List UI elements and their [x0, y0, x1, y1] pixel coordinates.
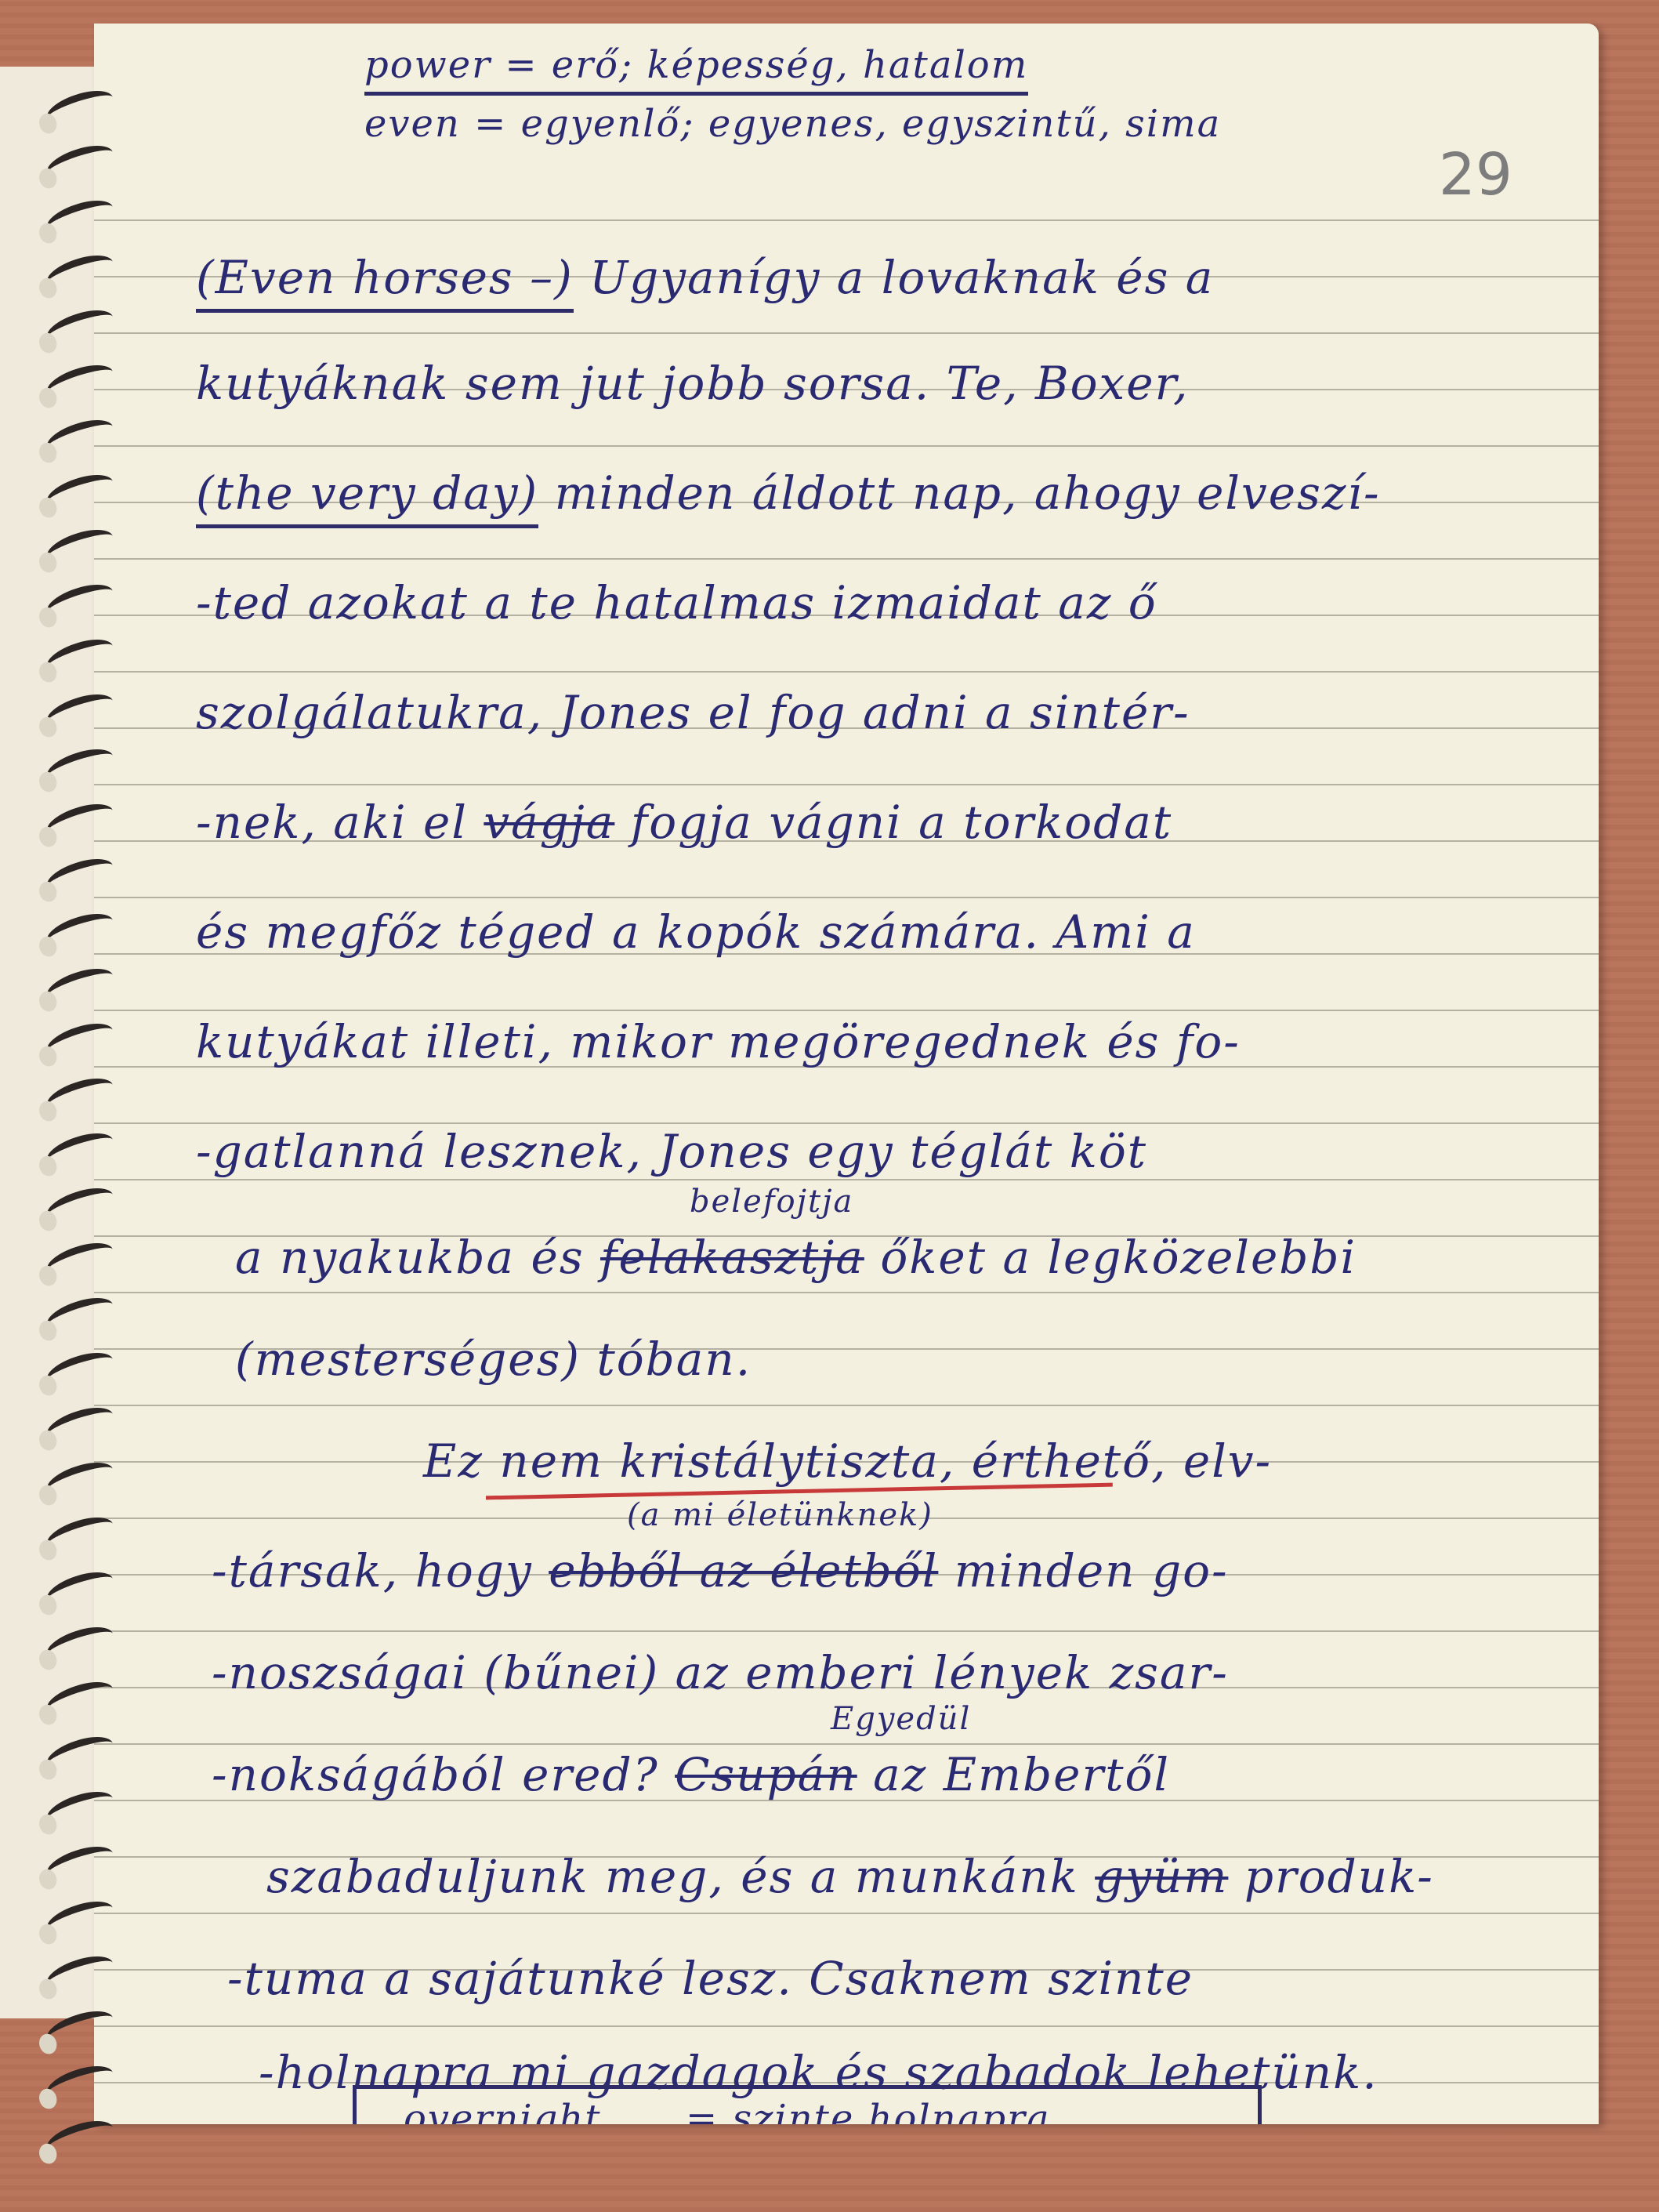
struck-word: ebből az életből	[549, 1544, 938, 1597]
insertion: Egyedül	[831, 1701, 971, 1737]
spiral-coil	[43, 1565, 118, 1612]
line-text: minden go-	[954, 1544, 1229, 1597]
spiral-coil	[43, 687, 118, 734]
line-text: Ugyanígy a lovaknak és a	[589, 251, 1214, 304]
spiral-coil	[43, 1346, 118, 1393]
line-text: szabaduljunk meg, és a munkánk	[266, 1850, 1079, 1903]
line-text: -nek, aki el	[196, 796, 468, 849]
spiral-coil	[43, 139, 118, 186]
line: -nek, aki el vágja fogja vágni a torkoda…	[196, 796, 1172, 849]
spiral-coil	[43, 578, 118, 625]
line-text: őket a legközelebbi	[880, 1231, 1357, 1284]
struck-word: gyüm	[1095, 1850, 1228, 1903]
spiral-coil	[43, 907, 118, 954]
insertion: belefojtja	[690, 1184, 853, 1220]
spiral-coil	[43, 1510, 118, 1557]
line: (mesterséges) tóban.	[235, 1333, 752, 1386]
line: és megfőz téged a kopók számára. Ami a	[196, 905, 1196, 959]
english-note: (the very day)	[196, 466, 538, 528]
line: -társak, hogy ebből az életből minden go…	[212, 1544, 1229, 1597]
spiral-coil	[43, 1785, 118, 1832]
spiral-coil	[43, 1730, 118, 1777]
line: szolgálatukra, Jones el fog adni a sinté…	[196, 686, 1190, 739]
spiral-coil	[43, 1181, 118, 1228]
line-text: -társak, hogy	[212, 1544, 533, 1597]
spiral-coil	[43, 1236, 118, 1283]
line-text: produk-	[1244, 1850, 1434, 1903]
english-note: (Even horses –)	[196, 251, 574, 313]
boxed-translation: = szinte holnapra	[686, 2097, 1051, 2124]
spiral-coil	[43, 413, 118, 460]
spiral-coil	[43, 797, 118, 844]
line: -gatlanná lesznek, Jones egy téglát köt	[196, 1125, 1147, 1178]
spiral-coil	[43, 852, 118, 899]
line-text: az Embertől	[873, 1748, 1170, 1801]
spiral-coil	[43, 1072, 118, 1119]
spiral-coil	[43, 358, 118, 405]
struck-word: vágja	[484, 796, 614, 849]
line: -tuma a sajátunké lesz. Csaknem szinte	[227, 1952, 1194, 2005]
line-text: -nokságából ered?	[212, 1748, 659, 1801]
spiral-coil	[43, 2059, 118, 2106]
spiral-coil	[43, 2114, 118, 2161]
vocab-even: even = egyenlő; egyenes, egyszintű, sima	[364, 102, 1221, 146]
spiral-coil	[43, 1675, 118, 1722]
vocab-power: power = erő; képesség, hatalom	[364, 43, 1028, 96]
spiral-coil	[43, 742, 118, 789]
spiral-coil	[43, 194, 118, 241]
spiral-coil	[43, 633, 118, 680]
insertion: (a mi életünknek)	[627, 1497, 933, 1533]
spiral-coil	[43, 1456, 118, 1503]
struck-word: Csupán	[675, 1748, 857, 1801]
spiral-coil	[43, 962, 118, 1009]
spiral-coil	[43, 523, 118, 570]
spiral-coil	[43, 1017, 118, 1064]
page-number: 29	[1439, 141, 1512, 209]
line-text: minden áldott nap, ahogy elveszí-	[555, 466, 1381, 520]
spiral-coil	[43, 1401, 118, 1448]
spiral-coil	[43, 1895, 118, 1942]
line: (the very day) minden áldott nap, ahogy …	[196, 466, 1381, 520]
spiral-coil	[43, 303, 118, 350]
line: -noszságai (bűnei) az emberi lények zsar…	[212, 1646, 1229, 1699]
spiral-coil	[43, 468, 118, 515]
boxed-term: overnight	[404, 2097, 602, 2124]
line: Ez nem kristálytiszta, érthető, elv-	[423, 1434, 1272, 1488]
spiral-coil	[43, 2004, 118, 2051]
line: kutyákat illeti, mikor megöregednek és f…	[196, 1015, 1241, 1068]
spiral-coil	[43, 1620, 118, 1667]
spiral-coil	[43, 1291, 118, 1338]
line: kutyáknak sem jut jobb sorsa. Te, Boxer,	[196, 357, 1189, 410]
spiral-coil	[43, 248, 118, 296]
spiral-coil	[43, 1949, 118, 1996]
line: -ted azokat a te hatalmas izmaidat az ő	[196, 576, 1157, 629]
spiral-coil	[43, 1126, 118, 1173]
notebook-page: 29 power = erő; képesség, hatalom even =…	[94, 24, 1599, 2124]
spiral-coil	[43, 1840, 118, 1887]
line-text: a nyakukba és	[235, 1231, 585, 1284]
line: -nokságából ered? Csupán az Embertől	[212, 1748, 1170, 1801]
line: a nyakukba és felakasztja őket a legköze…	[235, 1231, 1357, 1284]
struck-word: felakasztja	[600, 1231, 864, 1284]
spiral-binding	[16, 94, 133, 2163]
line: szabaduljunk meg, és a munkánk gyüm prod…	[266, 1850, 1434, 1903]
line: (Even horses –) Ugyanígy a lovaknak és a	[196, 251, 1214, 304]
boxed-note: overnight = szinte holnapra	[353, 2085, 1262, 2124]
line-text: fogja vágni a torkodat	[631, 796, 1172, 849]
